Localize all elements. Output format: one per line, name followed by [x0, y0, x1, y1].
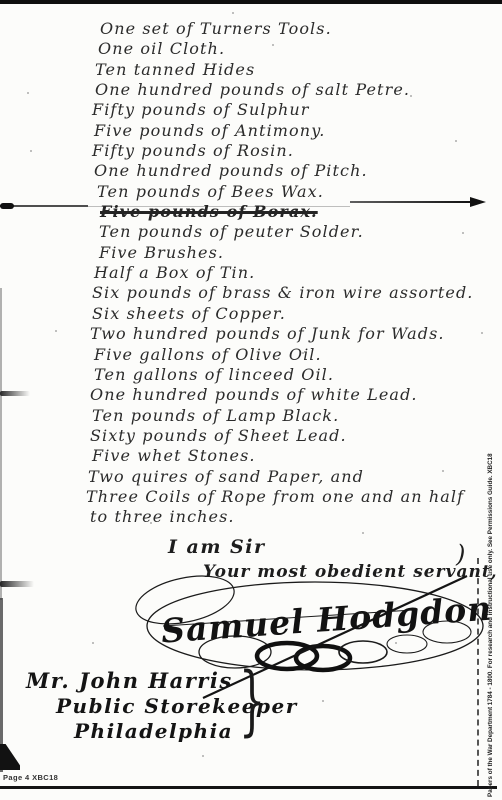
supply-line: Three Coils of Rope from one and an half: [78, 487, 502, 507]
supply-line: Five pounds of Borax.: [78, 202, 502, 222]
supply-line: Two quires of sand Paper, and: [78, 467, 502, 487]
supply-line: to three inches.: [78, 507, 502, 527]
recipient-city: Philadelphia: [74, 719, 233, 743]
supply-line: Ten pounds of peuter Solder.: [78, 222, 502, 242]
scan-bottom-edge: [0, 786, 497, 789]
supply-line: One hundred pounds of white Lead.: [78, 385, 502, 405]
supply-line: One hundred pounds of salt Petre.: [78, 80, 502, 100]
supply-line: Six pounds of brass & iron wire assorted…: [78, 283, 502, 303]
ink-flourish-curl: ): [456, 540, 465, 568]
supply-line: One hundred pounds of Pitch.: [78, 161, 502, 181]
supply-line: Half a Box of Tin.: [78, 263, 502, 283]
address-brace: }: [239, 662, 266, 738]
paper-noise-specks: [0, 0, 2, 2]
supply-list: One set of Turners Tools.One oil Cloth.T…: [78, 19, 502, 528]
supply-line: One set of Turners Tools.: [78, 19, 502, 39]
supply-line: Five whet Stones.: [78, 446, 502, 466]
left-margin-smudge: [0, 391, 30, 396]
supply-line: Five pounds of Antimony.: [78, 121, 502, 141]
supply-line: Ten tanned Hides: [78, 60, 502, 80]
supply-line: Two hundred pounds of Junk for Wads.: [78, 324, 502, 344]
supply-line: Ten pounds of Bees Wax.: [78, 182, 502, 202]
supply-line: Fifty pounds of Rosin.: [78, 141, 502, 161]
supply-line: One oil Cloth.: [78, 39, 502, 59]
closing-salutation: I am Sir: [168, 536, 265, 558]
supply-line: Fifty pounds of Sulphur: [78, 100, 502, 120]
supply-line: Five gallons of Olive Oil.: [78, 345, 502, 365]
supply-line: Sixty pounds of Sheet Lead.: [78, 426, 502, 446]
supply-line: Ten gallons of linceed Oil.: [78, 365, 502, 385]
left-margin-smudge: [0, 581, 34, 587]
page-number-label: Page 4 XBC18: [3, 773, 58, 782]
scanned-document-page: One set of Turners Tools.One oil Cloth.T…: [0, 0, 502, 800]
recipient-name: Mr. John Harris: [26, 668, 233, 693]
bottom-left-ink-blob: [0, 744, 20, 770]
supply-line: Ten pounds of Lamp Black.: [78, 406, 502, 426]
binding-edge-streak: [0, 288, 2, 600]
supply-line: Five Brushes.: [78, 243, 502, 263]
archive-sidebar-label: Papers of the War Department 1784 - 1800…: [487, 405, 499, 797]
scan-top-edge: [0, 0, 502, 4]
supply-line: Six sheets of Copper.: [78, 304, 502, 324]
fold-crease-blob: [0, 203, 14, 209]
